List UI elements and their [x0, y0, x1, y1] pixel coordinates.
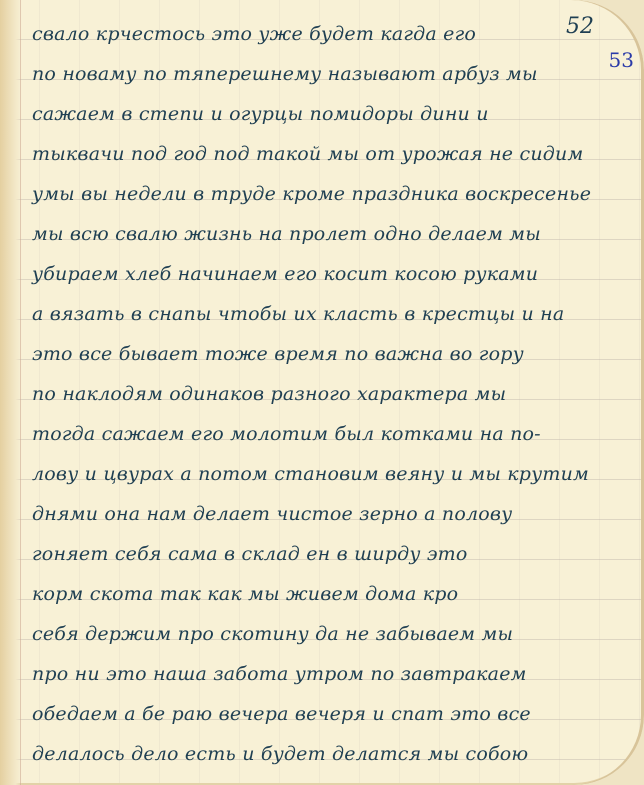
text-line: себя держим про скотину да не забываем м… — [32, 614, 614, 654]
text-line: тыквачи под год под такой мы от урожая н… — [32, 134, 614, 174]
text-line: по наклодям одинаков разного характера м… — [32, 374, 614, 414]
handwritten-text: свало крчестось это уже будет кагда егоп… — [32, 14, 614, 774]
text-line: обедаем а бе раю вечера вечеря и спат эт… — [32, 694, 614, 734]
text-line: убираем хлеб начинаем его косит косою ру… — [32, 254, 614, 294]
text-line: а вязать в снапы чтобы их класть в крест… — [32, 294, 614, 334]
notebook-page: 52 53 свало крчестось это уже будет кагд… — [0, 0, 644, 785]
text-line: это все бывает тоже время по важна во го… — [32, 334, 614, 374]
text-line: гоняет себя сама в склад ен в ширду это — [32, 534, 614, 574]
text-line: мы всю свалю жизнь на пролет одно делаем… — [32, 214, 614, 254]
text-line: лову и цвурах а потом становим веяну и м… — [32, 454, 614, 494]
text-line: делалось дело есть и будет делатся мы со… — [32, 734, 614, 774]
text-line: сажаем в степи и огурцы помидоры дини и — [32, 94, 614, 134]
page-binding — [0, 0, 22, 785]
margin-line — [20, 0, 21, 785]
text-line: про ни это наша забота утром по завтрака… — [32, 654, 614, 694]
text-line: днями она нам делает чистое зерно а поло… — [32, 494, 614, 534]
text-line: умы вы недели в труде кроме праздника во… — [32, 174, 614, 214]
text-line: по новаму по тяперешнему называют арбуз … — [32, 54, 614, 94]
text-line: тогда сажаем его молотим был котками на … — [32, 414, 614, 454]
text-line: свало крчестось это уже будет кагда его — [32, 14, 614, 54]
text-line: корм скота так как мы живем дома кро — [32, 574, 614, 614]
